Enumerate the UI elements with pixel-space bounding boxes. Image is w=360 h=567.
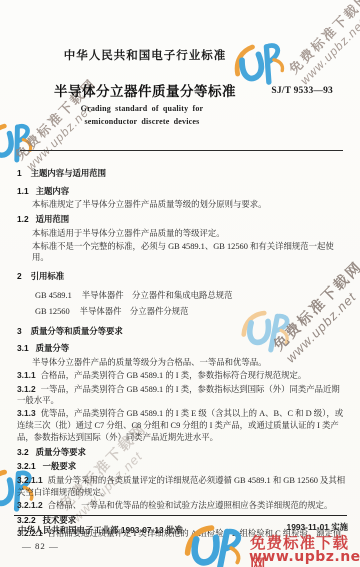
clause-text: 合格品、一等品和优等品的检验和试验方法应遵照相应各类详细规范的规定。 <box>48 501 333 510</box>
paragraph-text: 本标准适用于半导体分立器件产品质量的等级评定。 <box>32 229 225 238</box>
paragraph: 本标准规定了半导体分立器件产品质量等级的划分原则与要求。 <box>17 199 347 211</box>
section-number: 3.2.1 <box>17 461 36 471</box>
numbered-paragraph: 3.1.1合格品，产品类别符合 GB 4589.1 的 I 类，参数指标符合现行… <box>17 370 347 382</box>
section-heading: 1.2适用范围 <box>17 214 347 226</box>
reference-number: GB 12560 <box>35 307 70 316</box>
clause-number: 3.1.2 <box>17 384 36 394</box>
clause-number: 3.2.1.1 <box>17 475 43 485</box>
section-heading: 2引用标准 <box>17 271 347 283</box>
watermark-site-url: www.upbz.net <box>297 1 360 88</box>
standard-org-line: 中华人民共和国电子行业标准 <box>18 47 272 63</box>
section-number: 1.1 <box>17 186 29 196</box>
section-title: 一般要求 <box>43 461 77 471</box>
section-title: 质量分等 <box>36 343 70 353</box>
section-title: 主题内容与适用范围 <box>31 168 106 178</box>
clause-text: 优等品，产品类别符合 GB 4589.1 的 I 类 E 级（含其以上的 A、B… <box>17 409 343 441</box>
clause-number: 3.1.1 <box>17 370 36 380</box>
section-number: 3.1 <box>17 343 29 353</box>
clause-text: 一等品，产品类别符合 GB 4589.1 的 I 类，参数指标达到国际（外）同类… <box>17 385 340 406</box>
standard-title-en-line1: Grading standard of quality for <box>12 104 272 113</box>
reference-title: 半导体器件 分立器件和集成电路总规范 <box>82 291 233 300</box>
standard-number: SJ/T 9533—93 <box>271 86 333 96</box>
section-number: 1 <box>17 168 22 178</box>
paragraph-text: 本标准规定了半导体分立器件产品质量等级的划分原则与要求。 <box>32 200 267 209</box>
paragraph-text: 本标准不是一个完整的标准，必须与 GB 4589.1、GB 12560 和有关详… <box>32 242 334 263</box>
header-divider <box>20 150 343 151</box>
clause-number: 3.1.3 <box>17 408 36 418</box>
paragraph: 本标准不是一个完整的标准，必须与 GB 4589.1、GB 12560 和有关详… <box>17 241 347 264</box>
numbered-paragraph: 3.2.1.2合格品、一等品和优等品的检验和试验方法应遵照相应各类详细规范的规定… <box>17 500 347 512</box>
section-number: 3 <box>17 326 22 336</box>
section-number: 1.2 <box>17 214 29 224</box>
paragraph: 本标准适用于半导体分立器件产品质量的等级评定。 <box>17 228 347 240</box>
reference-item: GB 4589.1半导体器件 分立器件和集成电路总规范 <box>17 289 347 303</box>
paragraph-text: 半导体分立器件产品的质量等级分为合格品、一等品和优等品。 <box>32 358 267 367</box>
footer-divider <box>14 515 347 516</box>
standard-title-en-line2: semiconductor discrete devices <box>12 117 272 126</box>
section-title: 质量分等要求 <box>36 447 86 457</box>
reference-number: GB 4589.1 <box>35 291 72 300</box>
reference-title: 半导体器件 分立器件分规范 <box>80 307 189 316</box>
standard-title-cn: 半导体分立器件质量分等标准 <box>12 80 278 100</box>
paragraph: 半导体分立器件产品的质量等级分为合格品、一等品和优等品。 <box>17 357 347 369</box>
section-number: 3.2 <box>17 447 29 457</box>
approval-line: 中华人民共和国电子工业部 1993-07-13 批准 <box>18 524 183 536</box>
section-title: 引用标准 <box>31 271 65 281</box>
section-number: 2 <box>17 271 22 281</box>
watermark-site-name: 免费标准下载网 <box>284 0 360 77</box>
numbered-paragraph: 3.1.2一等品，产品类别符合 GB 4589.1 的 I 类，参数指标达到国际… <box>17 384 347 407</box>
numbered-paragraph: 3.1.3优等品，产品类别符合 GB 4589.1 的 I 类 E 级（含其以上… <box>17 408 347 443</box>
scanned-standard-page: 免费标准下载网 www.upbz.net 免费标准下载网 www.upbz.ne… <box>0 0 360 567</box>
document-body: 1主题内容与适用范围 1.1主题内容 本标准规定了半导体分立器件产品质量等级的划… <box>17 161 347 541</box>
watermark-top-right: 免费标准下载网 www.upbz.net <box>284 0 360 87</box>
section-heading: 1主题内容与适用范围 <box>17 168 347 180</box>
section-heading: 1.1主题内容 <box>17 186 347 198</box>
page-number: — 82 — <box>22 541 59 551</box>
reference-item: GB 12560半导体器件 分立器件分规范 <box>17 305 347 319</box>
clause-text: 合格品，产品类别符合 GB 4589.1 的 I 类，参数指标符合现行规范规定。 <box>41 371 307 380</box>
section-heading: 3.2.1一般要求 <box>17 461 347 473</box>
section-title: 质量分等和质量分等要求 <box>31 326 123 336</box>
section-title: 适用范围 <box>36 214 70 224</box>
watermark-site-url-large: www.upbz.net <box>249 549 360 565</box>
section-heading: 3.1质量分等 <box>17 343 347 355</box>
numbered-paragraph: 3.2.1.1质量分等采用的各类质量评定的详细规范必须遵循 GB 4589.1 … <box>17 475 347 498</box>
clause-text: 质量分等采用的各类质量评定的详细规范必须遵循 GB 4589.1 和 GB 12… <box>17 476 345 497</box>
clause-number: 3.2.1.2 <box>17 500 43 510</box>
section-heading: 3.2质量分等要求 <box>17 447 347 459</box>
section-heading: 3质量分等和质量分等要求 <box>17 326 347 338</box>
section-title: 主题内容 <box>36 186 70 196</box>
